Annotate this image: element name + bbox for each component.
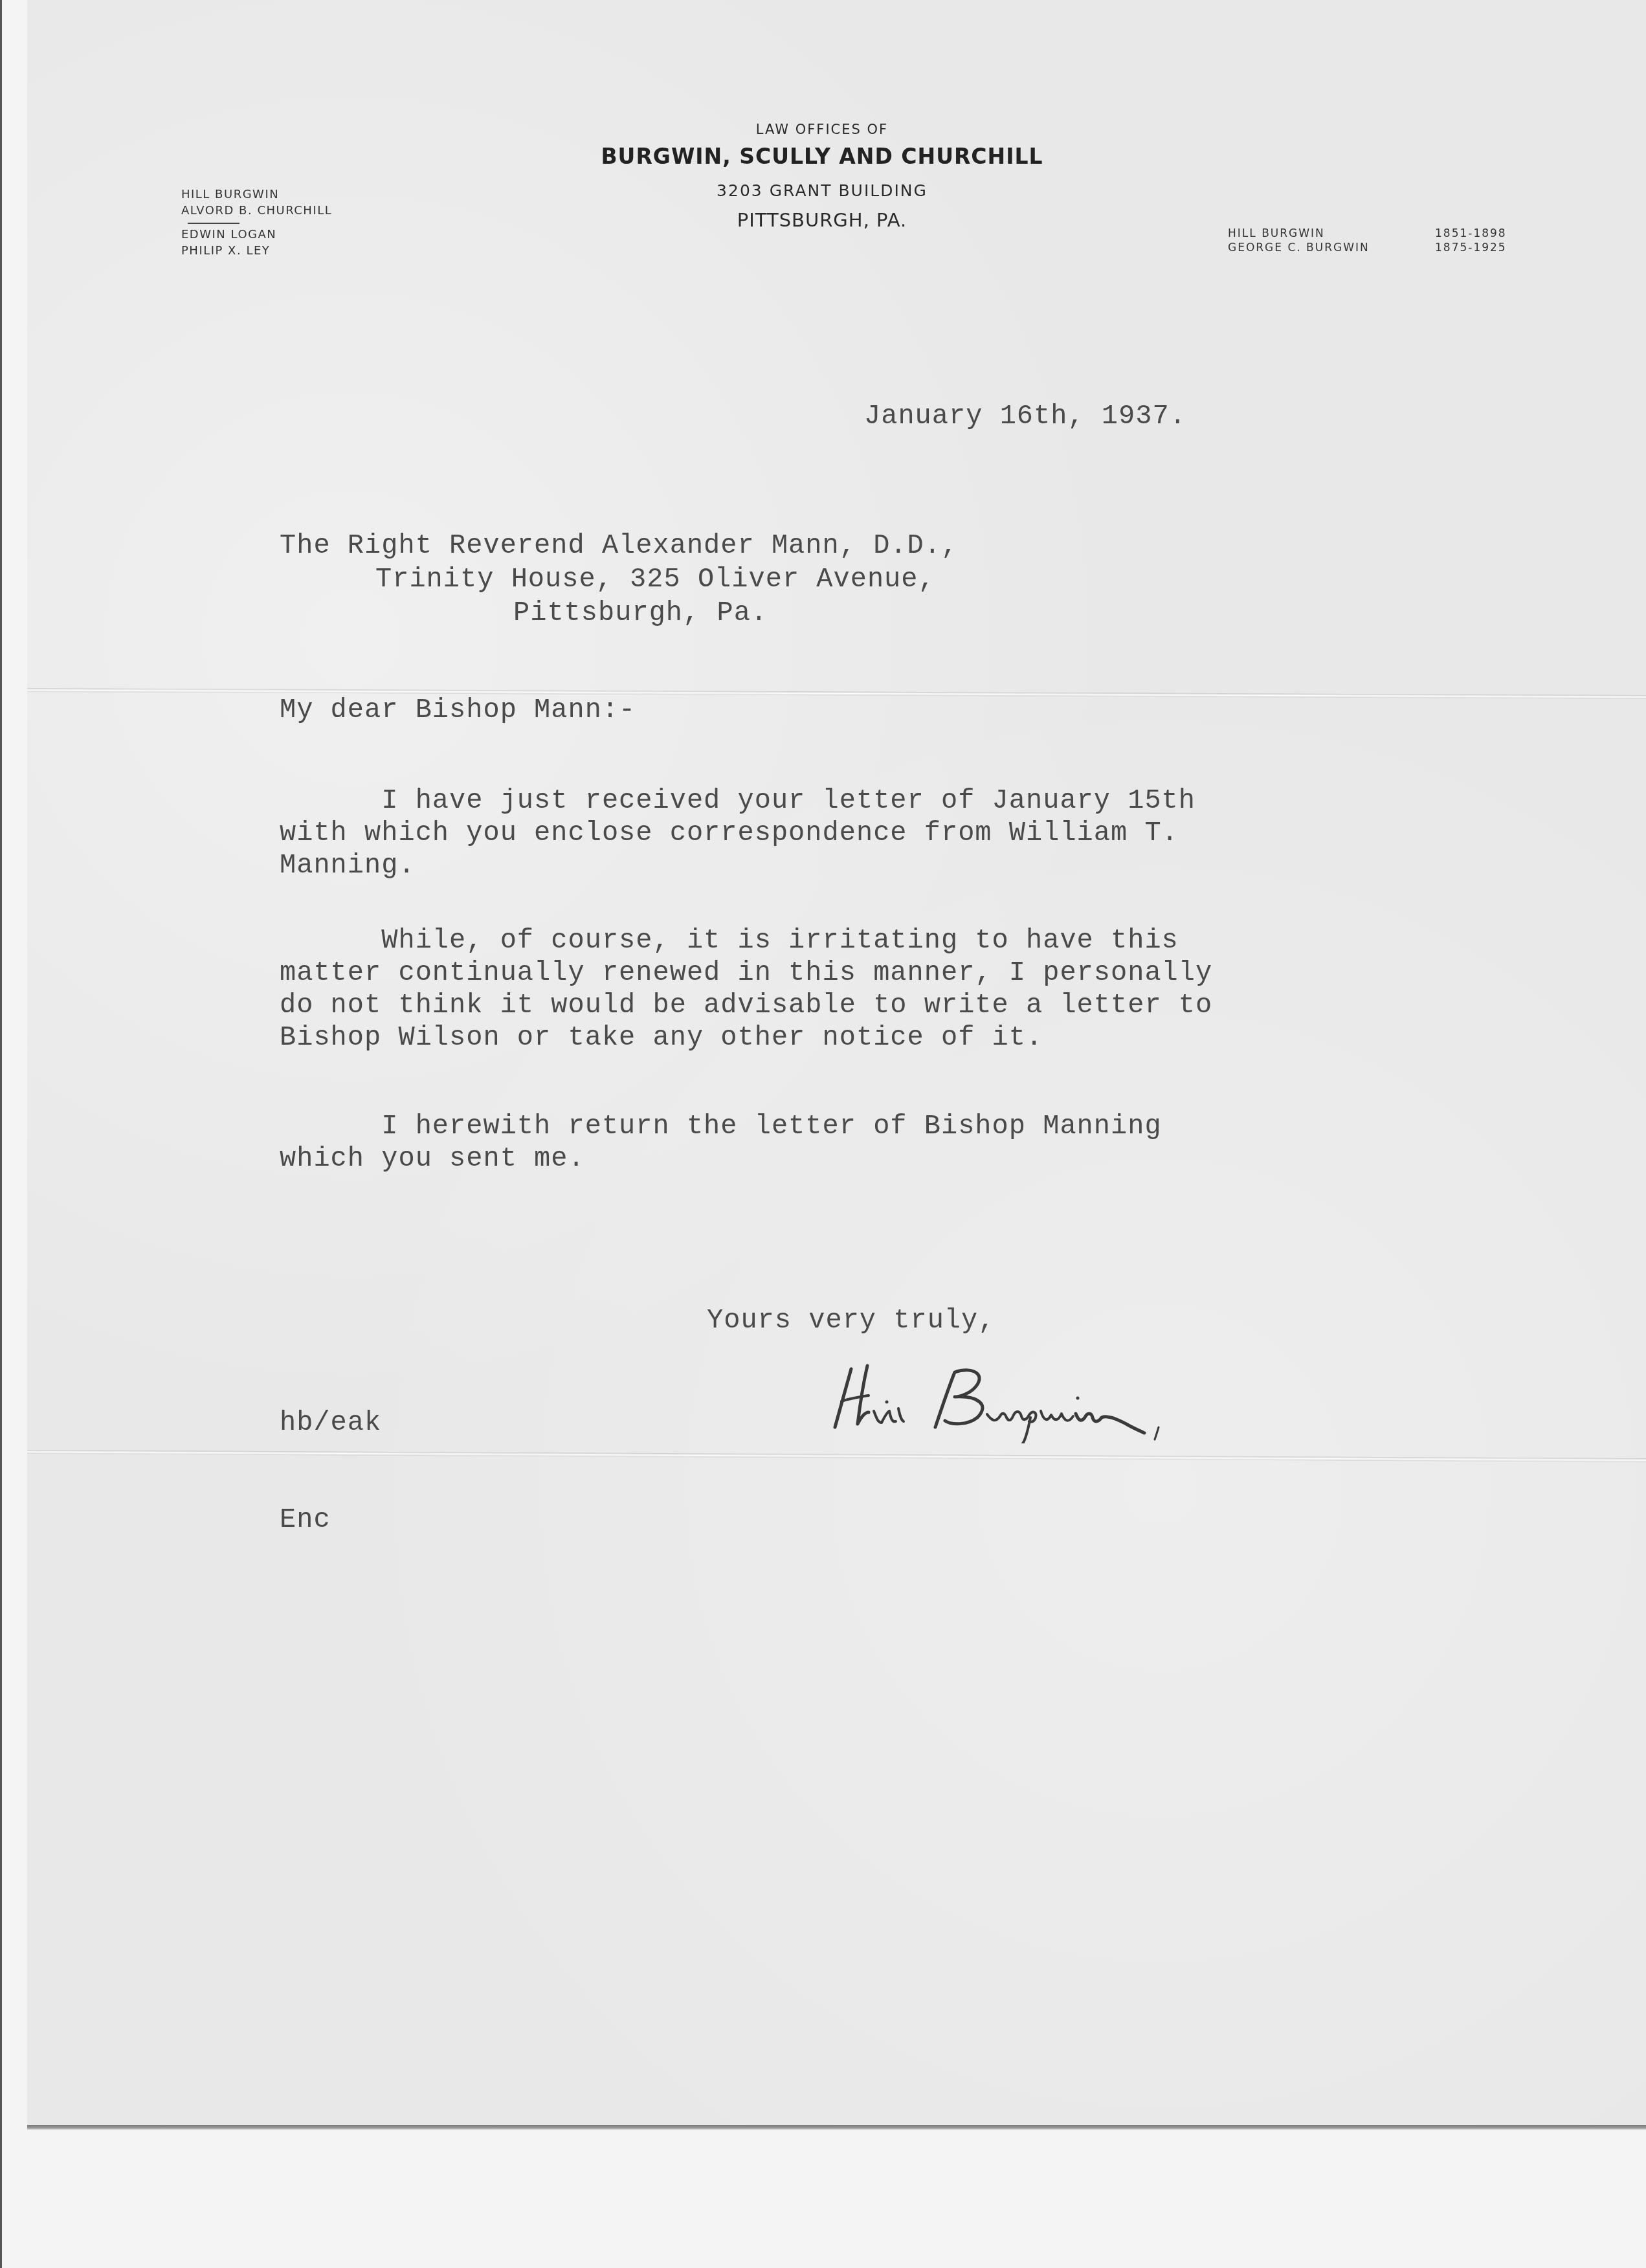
handwritten-signature — [822, 1353, 1288, 1443]
body-paragraph-3: I herewith return the letter of Bishop M… — [280, 1110, 1162, 1175]
founder-row: HILL BURGWIN 1851-1898 — [1228, 227, 1507, 241]
salutation: My dear Bishop Mann:- — [280, 694, 636, 726]
partner-name: ALVORD B. CHURCHILL — [181, 203, 332, 219]
recipient-line-2: Trinity House, 325 Oliver Avenue, — [375, 563, 935, 595]
letterhead-city: PITTSBURGH, PA. — [570, 209, 1074, 231]
founder-row: GEORGE C. BURGWIN 1875-1925 — [1228, 241, 1507, 255]
letterhead-partners: HILL BURGWIN ALVORD B. CHURCHILL EDWIN L… — [181, 186, 332, 259]
letterhead-founders: HILL BURGWIN 1851-1898 GEORGE C. BURGWIN… — [1228, 227, 1507, 255]
founder-name: GEORGE C. BURGWIN — [1228, 241, 1435, 255]
associate-name: EDWIN LOGAN — [181, 227, 332, 243]
founder-years: 1851-1898 — [1435, 227, 1507, 241]
closing: Yours very truly, — [707, 1304, 995, 1337]
founder-years: 1875-1925 — [1435, 241, 1507, 255]
recipient-line-3: Pittsburgh, Pa. — [513, 597, 768, 629]
letterhead-subtitle: LAW OFFICES OF — [570, 122, 1074, 137]
paper-bottom-shadow — [27, 2125, 1646, 2130]
reference-initials: hb/eak — [280, 1406, 381, 1439]
letter-page — [27, 0, 1646, 2125]
partners-divider — [188, 223, 239, 224]
founder-name: HILL BURGWIN — [1228, 227, 1435, 241]
reference-block: hb/eak Enc — [280, 1342, 381, 1568]
letterhead-firm-name: BURGWIN, SCULLY AND CHURCHILL — [570, 144, 1074, 169]
scanner-edge — [0, 0, 2, 2268]
body-paragraph-2: While, of course, it is irritating to ha… — [280, 924, 1212, 1054]
body-paragraph-1: I have just received your letter of Janu… — [280, 784, 1196, 882]
letterhead-address: 3203 GRANT BUILDING — [570, 181, 1074, 200]
partner-name: HILL BURGWIN — [181, 186, 332, 203]
enclosure-note: Enc — [280, 1504, 381, 1536]
associate-name: PHILIP X. LEY — [181, 243, 332, 259]
letter-date: January 16th, 1937. — [864, 400, 1186, 432]
recipient-line-1: The Right Reverend Alexander Mann, D.D., — [280, 529, 958, 562]
